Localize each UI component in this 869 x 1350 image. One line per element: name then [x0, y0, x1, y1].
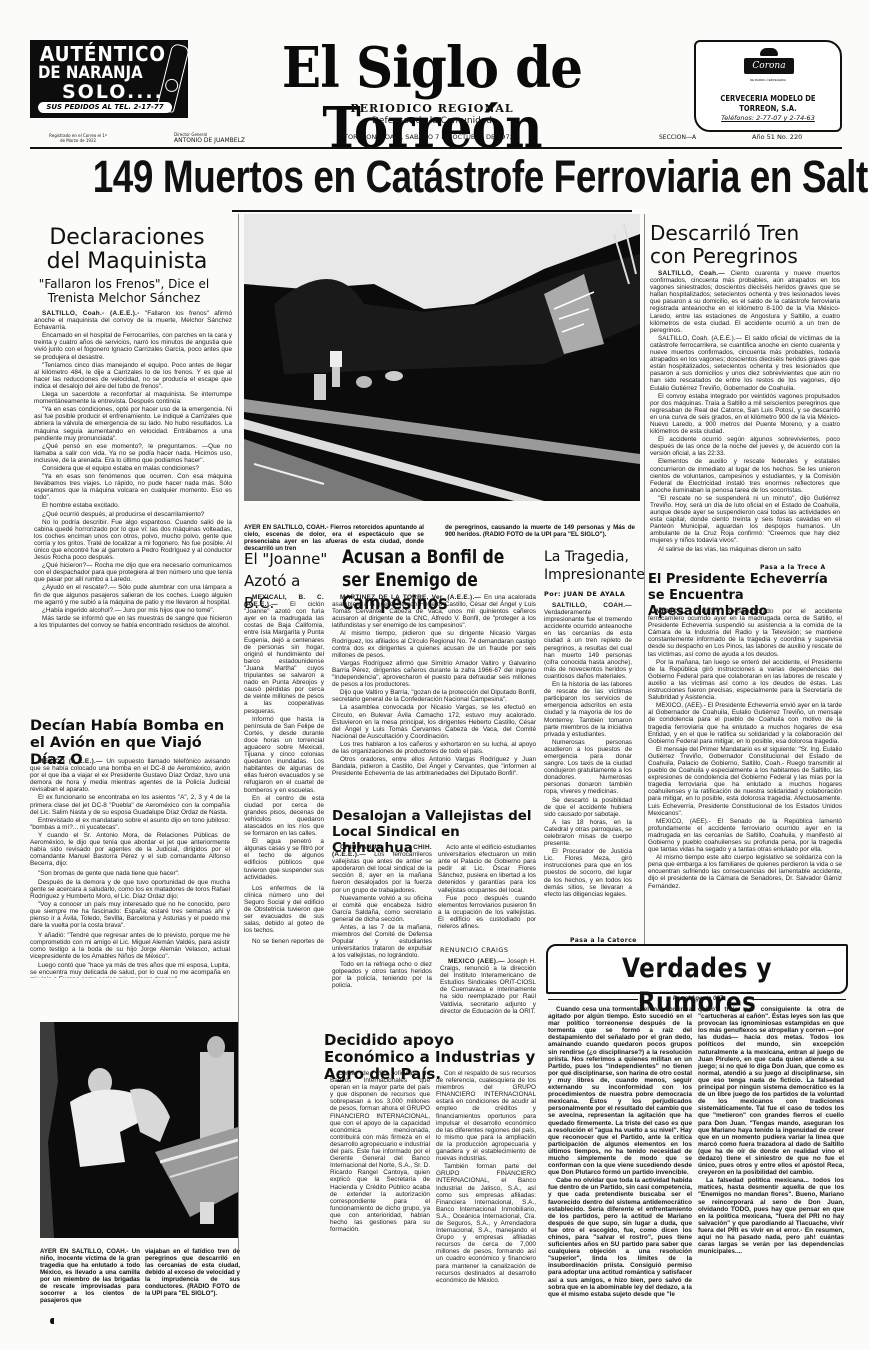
column-rule: [238, 214, 239, 1254]
ad-line-1: AUTÉNTICO: [40, 44, 166, 64]
director-name: ANTONIO DE JUAMBELZ: [174, 137, 245, 144]
apoyo-body-col1: Cerca de 200 oficinas de Bancos Internac…: [330, 1070, 430, 1280]
byline-rule-right: [753, 999, 846, 1000]
verdades-byline: Por el Agente 007: [653, 995, 743, 1003]
maquinista-subtitle: "Fallaron los Frenos", Dice el Trenista …: [34, 277, 214, 305]
byline-rule-left: [548, 999, 638, 1000]
verdades-body-col1: Cuando cesa una tormenta, el mar continú…: [548, 1006, 692, 1316]
ad-small-text: DE BARRIL CERVECERIA: [696, 78, 840, 82]
vallejistas-body-col2: Acto ante el edificio estudiantes univer…: [438, 844, 536, 944]
main-headline: 149 Muertos en Catástrofe Ferroviaria en…: [93, 150, 774, 204]
headline-underline: [232, 210, 632, 212]
verdades-body-col2: quiso" traía por consiguiente la otra de…: [698, 1006, 844, 1312]
echeverria-body: MEXICO, (AEE).- Apesadumbrado por el acc…: [648, 608, 842, 926]
rescue-photo-illustration: [40, 1022, 238, 1238]
bomba-body: MEXICO (A.E.E.).— Un supuesto llamado te…: [30, 758, 230, 978]
descarrilo-title: Descarriló Tren con Peregrinos: [650, 222, 840, 268]
tragedia-body: SALTILLO, COAH.— Verdaderamente impresio…: [544, 602, 632, 932]
tragedia-byline: Por: JUAN DE AYALA: [544, 590, 640, 599]
verdades-byline-row: Por el Agente 007: [548, 995, 846, 1003]
rescue-photo-caption-right: viajaban en el fatídico tren de peregrin…: [145, 1248, 240, 1297]
info-bar: Registrado en el Correo el 1º de Marzo d…: [24, 133, 846, 145]
ad-phone-line: SUS PEDIDOS AL TEL. 2-17-77: [38, 102, 172, 113]
dateline: TORREON, COAH., SABADO 7 DE OCTUBRE DE 1…: [344, 133, 514, 141]
orange-soda-ad: AUTÉNTICO DE NARANJA SOLO.... SUS PEDIDO…: [30, 40, 188, 118]
section-label: SECCION—A: [659, 135, 696, 141]
issue-number: Año 51 No. 220: [752, 133, 802, 141]
main-wreck-photo: [244, 214, 640, 501]
brewery-name: CERVECERIA MODELO DE TORREON, S.A.: [707, 94, 829, 114]
main-photo-caption-right: de peregrinos, causando la muerte de 149…: [445, 524, 635, 538]
rescue-photo-caption-left: AYER EN SALTILLO, COAH.- Un niño, inocen…: [40, 1248, 140, 1304]
descarrilo-body: SALTILLO, Coah.— Ciento cuarenta y nueve…: [650, 270, 840, 560]
newspaper-subtitle: PERIODICO REGIONAL: [222, 103, 642, 115]
train-wreck-illustration: [244, 214, 640, 501]
ad-line-3: SOLO....: [62, 82, 164, 102]
maquinista-title: Declaraciones del Maquinista: [42, 226, 212, 274]
rescue-photo: [40, 1022, 238, 1238]
page-mark: [50, 1318, 54, 1324]
verdades-title-box: Verdades y Rumores: [546, 944, 848, 994]
column-rule: [644, 214, 645, 944]
registration-note: Registrado en el Correo el 1º de Marzo d…: [48, 133, 108, 143]
corona-label: Corona: [744, 58, 794, 74]
corona-beer-ad: Corona DE BARRIL CERVECERIA CERVECERIA M…: [694, 40, 842, 132]
ad-line-2: DE NARANJA: [38, 64, 143, 82]
masthead-rule: [30, 147, 842, 149]
craigs-subhead: RENUNCIO CRAIGS: [440, 946, 538, 955]
tragedia-title: La Tragedia, Impresionante: [544, 548, 640, 584]
apoyo-body-col2: Con el respaldo de sus recursos de refer…: [436, 1070, 536, 1290]
vallejistas-body-col1: CHIHUAHUA, CHIH. (A.E.E.).— Los ferrocar…: [332, 844, 432, 1024]
dateline-lead: SALTILLO, Coah.- (A.E.E.).-: [42, 310, 140, 317]
joanne-body: MEXICALI, B. C. (A.E.E.).— El ciclón "Jo…: [244, 594, 324, 944]
bonfil-body: MARTINEZ DE LA TORRE, Ver. (A.E.E.).— En…: [332, 594, 536, 804]
brewery-phones: Teléfonos: 2-77-07 y 2-74-63: [696, 114, 840, 122]
newspaper-tagline: Defensor de la Comunidad: [222, 116, 642, 126]
craigs-body: MEXICO (AEE).— Joseph H. Craigs, renunci…: [440, 958, 536, 1024]
crown-icon: [760, 48, 778, 56]
descarrilo-continued: Pasa a la Trece A: [760, 563, 840, 572]
maquinista-body: SALTILLO, Coah.- (A.E.E.).- "Fallaron lo…: [34, 310, 232, 680]
